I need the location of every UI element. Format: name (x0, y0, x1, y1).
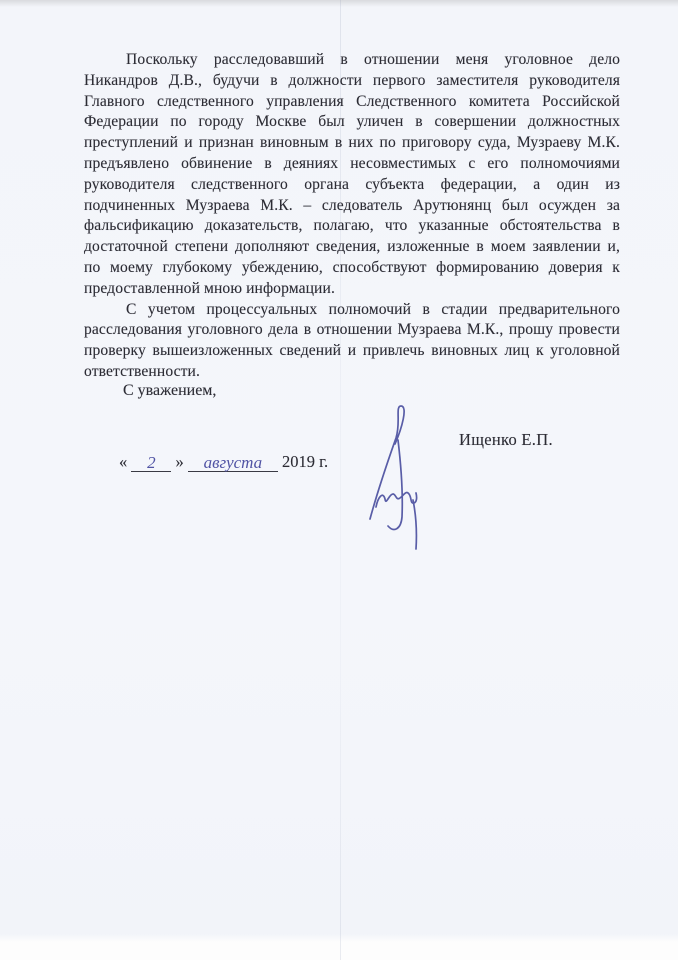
text-line: Поскольку расследовавший в отношении мен… (84, 50, 620, 71)
close-quote: » (176, 452, 184, 471)
text-line: достаточной степени дополняют сведения, … (84, 237, 620, 258)
text-line: преступлений и признан виновным в них по… (84, 133, 620, 154)
handwritten-day-value: 2 (147, 453, 156, 472)
handwritten-month: августа (188, 454, 278, 472)
scanned-document-page: Поскольку расследовавший в отношении мен… (0, 0, 678, 960)
paragraph-2: С учетом процессуальных полномочий в ста… (84, 300, 620, 383)
text-line: руководителя следственного органа субъек… (84, 175, 620, 196)
text-line: Главного следственного управления Следст… (84, 92, 620, 113)
open-quote: « (119, 452, 127, 471)
letter-body: Поскольку расследовавший в отношении мен… (84, 50, 620, 383)
text-line: фальсификацию доказательств, полагаю, чт… (84, 216, 620, 237)
paragraph-1: Поскольку расследовавший в отношении мен… (84, 50, 620, 300)
text-line: ответственности. (84, 362, 620, 383)
handwritten-month-value: августа (204, 453, 263, 472)
text-line: С учетом процессуальных полномочий в ста… (84, 300, 620, 321)
text-line: расследования уголовного дела в отношени… (84, 320, 620, 341)
date-line: « 2 » августа 2019 г. (119, 452, 328, 472)
signer-name: Ищенко Е.П. (459, 430, 553, 450)
text-line: подчиненных Музраева М.К. – следователь … (84, 196, 620, 217)
text-line: предъявлено обвинение в деяниях несовмес… (84, 154, 620, 175)
text-line: Никандров Д.В., будучи в должности перво… (84, 71, 620, 92)
signature-icon (358, 396, 438, 556)
handwritten-day: 2 (131, 454, 171, 472)
text-line: проверку вышеизложенных сведений и привл… (84, 341, 620, 362)
closing-salutation: С уважением, (123, 382, 216, 400)
text-line: по моему глубокому убеждению, способству… (84, 258, 620, 279)
text-line: Федерации по городу Москве был уличен в … (84, 112, 620, 133)
printed-year: 2019 г. (282, 452, 328, 471)
text-line: предоставленной мною информации. (84, 279, 620, 300)
